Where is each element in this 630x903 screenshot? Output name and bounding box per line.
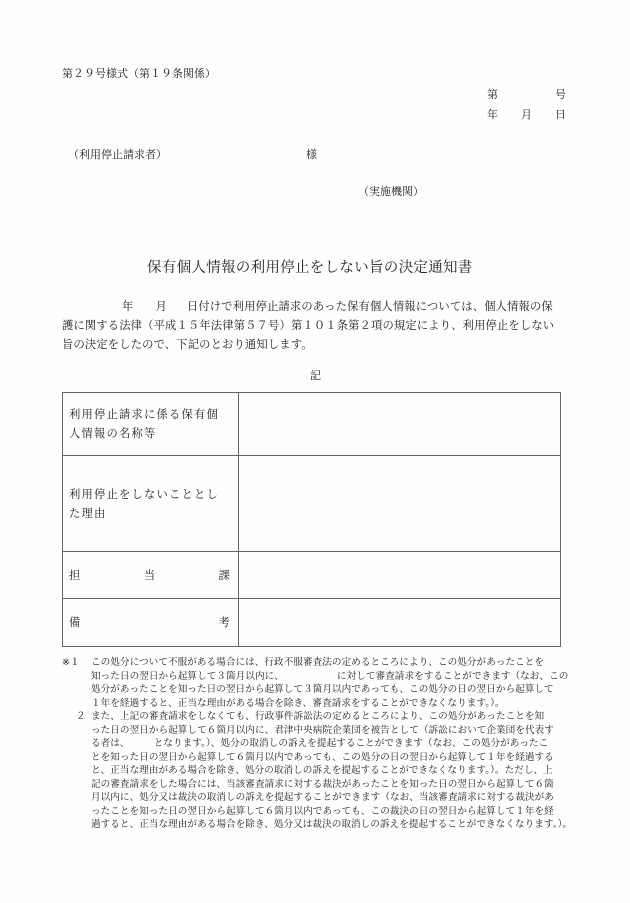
document-title: 保有個人情報の利用停止をしない旨の決定通知書	[147, 256, 473, 277]
row-label-reason: 利用停止をしないこととし た理由	[63, 456, 239, 552]
body-paragraph: 年月日付けで利用停止請求のあった保有個人情報については、個人情報の保 護に関する…	[62, 297, 562, 354]
issuer-label: （実施機関）	[358, 185, 424, 198]
row-label-remarks: 備 考	[63, 599, 239, 647]
footnote-2-marker: ２	[62, 710, 91, 832]
table-row-info-name: 利用停止請求に係る保有個 人情報の名称等	[63, 393, 561, 456]
addressee-label: （利用停止請求者）	[68, 148, 167, 161]
body-year: 年	[122, 300, 133, 313]
footnote-1-marker: ※１	[62, 656, 91, 710]
row-label-info-name: 利用停止請求に係る保有個 人情報の名称等	[63, 393, 239, 456]
body-line-1: 年月日付けで利用停止請求のあった保有個人情報については、個人情報の保	[62, 297, 562, 316]
date-year: 年	[487, 108, 498, 121]
info-name-field[interactable]	[239, 393, 561, 456]
doc-number-suffix: 号	[555, 88, 566, 101]
table-row-remarks: 備 考	[63, 599, 561, 647]
reason-field[interactable]	[239, 456, 561, 552]
body-line-2: 護に関する法律（平成１５年法律第５７号）第１０１条第２項の規定により、利用停止を…	[62, 316, 562, 335]
department-field[interactable]	[239, 552, 561, 599]
table-row-department: 担 当 課	[63, 552, 561, 599]
footnote-2: ２ また、上記の審査請求をしなくても、行政事件訴訟法の定めるところにより、この処…	[62, 710, 582, 832]
date-day: 日	[555, 108, 566, 121]
decision-table: 利用停止請求に係る保有個 人情報の名称等 利用停止をしないこととし た理由 担 …	[62, 392, 561, 647]
row-label-department: 担 当 課	[63, 552, 239, 599]
body-line-3: 旨の決定をしたので、下記のとおり通知します。	[62, 335, 562, 354]
footnotes: ※１ この処分について不服がある場合には、行政不服審査法の定めるところにより、こ…	[62, 656, 582, 832]
body-line-1-rest: 日付けで利用停止請求のあった保有個人情報については、個人情報の保	[187, 300, 553, 313]
table-row-reason: 利用停止をしないこととし た理由	[63, 456, 561, 552]
remarks-field[interactable]	[239, 599, 561, 647]
date-month: 月	[521, 108, 532, 121]
ki-heading: 記	[310, 369, 321, 382]
doc-number-prefix: 第	[487, 88, 498, 101]
body-month: 月	[155, 300, 166, 313]
form-number: 第２９号様式（第１９条関係）	[62, 67, 216, 80]
addressee-honorific: 様	[306, 148, 317, 161]
footnote-1: ※１ この処分について不服がある場合には、行政不服審査法の定めるところにより、こ…	[62, 656, 582, 710]
